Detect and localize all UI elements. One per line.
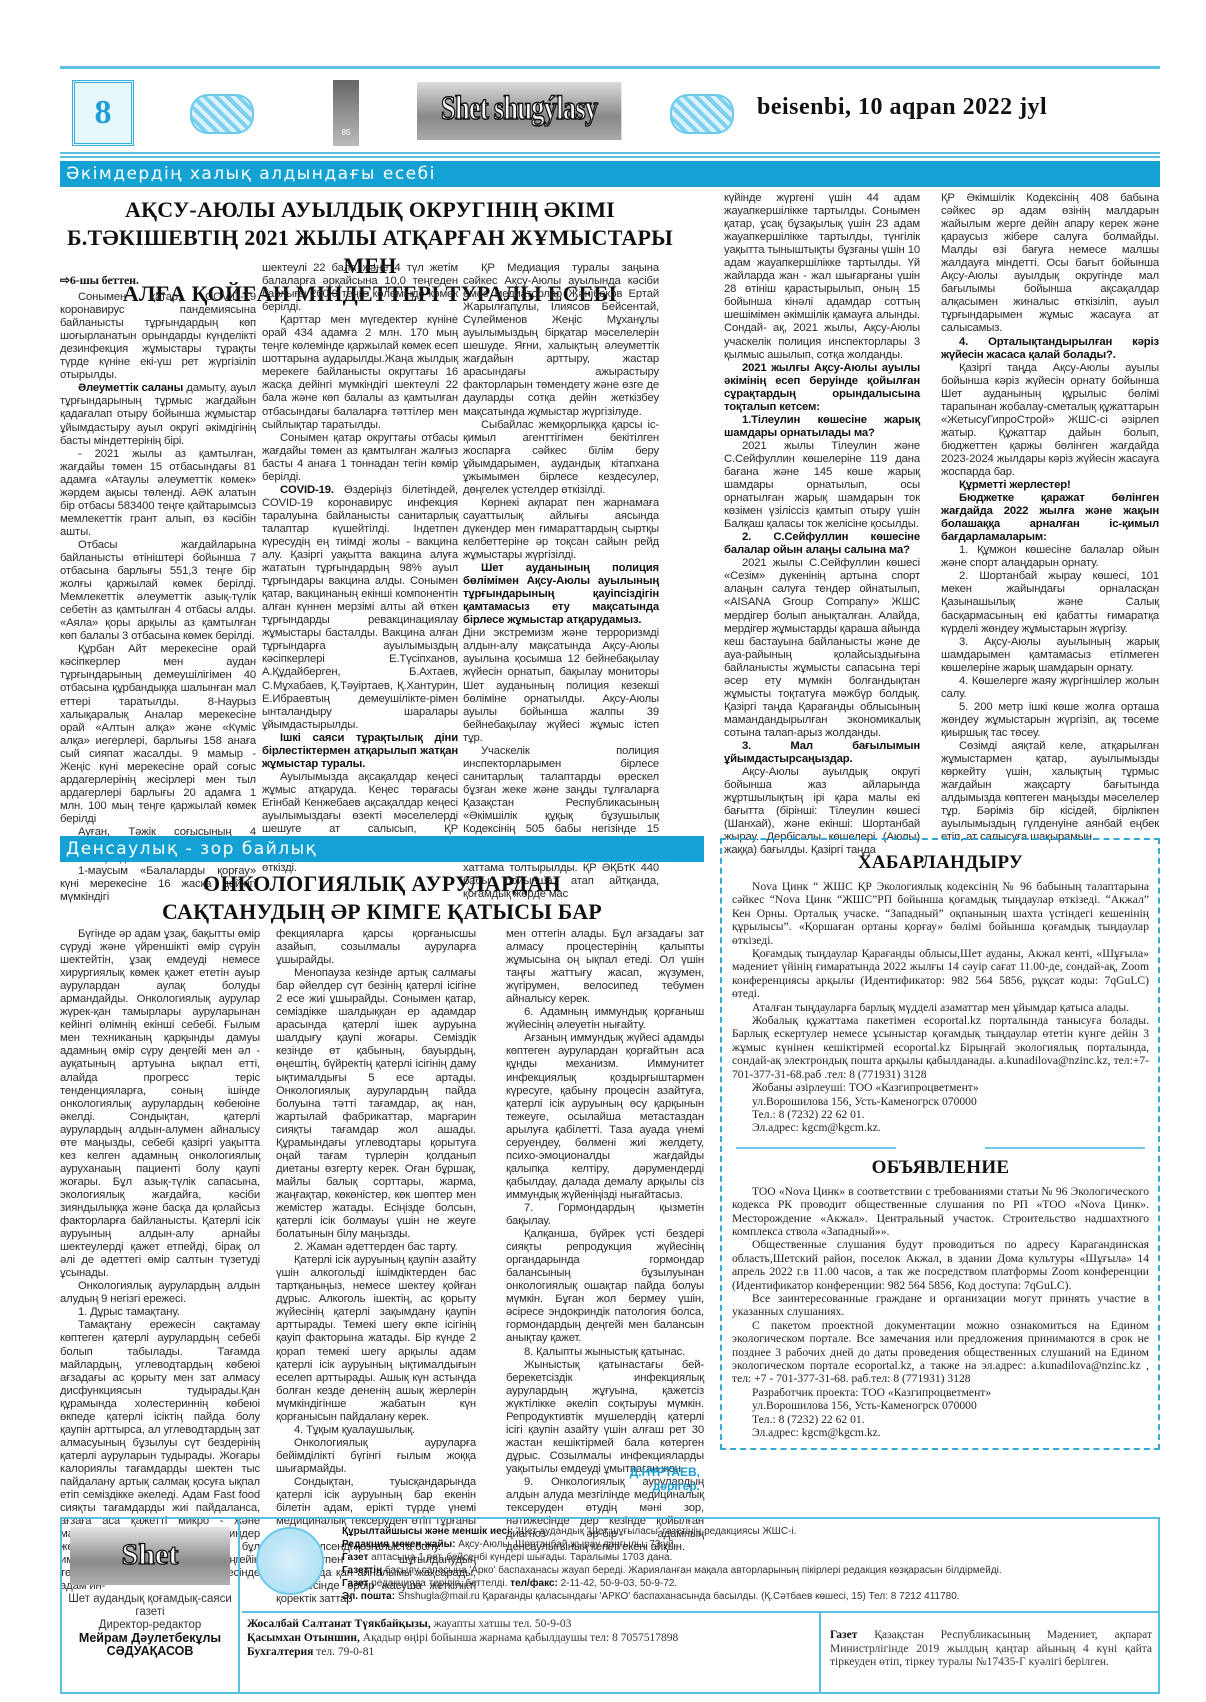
masthead: 8 85 Shet shugýlasy beisenbi, 10 aqpan 2… [60,80,1160,150]
announcement-box: ХАБАРЛАНДЫРУ Nova Цинк “ ЖШС ҚР Экология… [720,838,1160,1450]
imprint-details: Құрылтайшысы және меншік иесі: 'Шет ауда… [342,1525,1152,1603]
continued-from: ⇨6-шы беттен. [60,274,256,287]
arrow-icon: ⇨ [60,273,70,287]
staff-contacts: Жосалбай Салтанат Түякбайқызы, жауапты х… [247,1617,747,1659]
article-author: Д.НҰРТАЕВ, дәрігер. [560,1465,700,1493]
newspaper-logo: Shet shugýlasy [417,82,621,140]
divider [242,1611,1158,1613]
article-column-2: фекцияларға қарсы қорғанысшы азайып, соз… [276,928,476,1606]
section-rubric: Денсаулық - зор байлық [60,836,704,862]
divider [736,1147,1145,1149]
section-rubric: Әкімдердің халық алдындағы есебі [60,161,1160,187]
article-column-1: Бүгінде әр адам ұзақ, бақытты өмір сүруд… [60,928,260,1593]
article-column-3: мен оттегін алады. Бұл ағзадағы зат алма… [506,928,704,1554]
footer-brand: Shet shugýlasy Шет аудандық қоғамдық-сая… [62,1519,240,1692]
article-column-5: ҚР Әкімшілік Кодексінің 408 бабына сәйке… [941,192,1159,844]
article-column-1: ⇨6-шы беттен. Сонымен қатар, COVID-19 ко… [60,268,256,904]
ornament-icon [190,94,254,134]
page-number: 8 [72,80,134,146]
article-column-2: шектеулі 22 бала және 4 түл жетім балала… [262,262,458,875]
top-rule [60,66,1160,69]
article-column-4: күйінде жүргені үшін 44 адам жауапкершіл… [724,192,920,857]
masthead-rule [60,152,1160,158]
ornament-icon [670,94,734,134]
registration-note: Газет Қазақстан Республикасының Мәдениет… [830,1629,1152,1670]
imprint-footer: Shet shugýlasy Шет аудандық қоғамдық-сая… [60,1517,1160,1694]
article-column-3: ҚР Медиация туралы заңына сәйкес Ақсу-Аю… [463,262,659,901]
announcement-title-ru: ОБЪЯВЛЕНИЕ [732,1157,1149,1179]
anniversary-badge: 85 [333,80,359,146]
newspaper-logo: Shet shugýlasy [70,1527,230,1585]
divider [819,1613,821,1692]
article-headline: ОНКОЛОГИЯЛЫҚ АУРУЛАРДАН САҚТАНУДЫҢ ӘР КІ… [60,870,704,926]
issue-date: beisenbi, 10 aqpan 2022 jyl [757,94,1047,121]
announcement-title-kz: ХАБАРЛАНДЫРУ [732,852,1149,874]
editorial-seal-icon [256,1527,324,1595]
